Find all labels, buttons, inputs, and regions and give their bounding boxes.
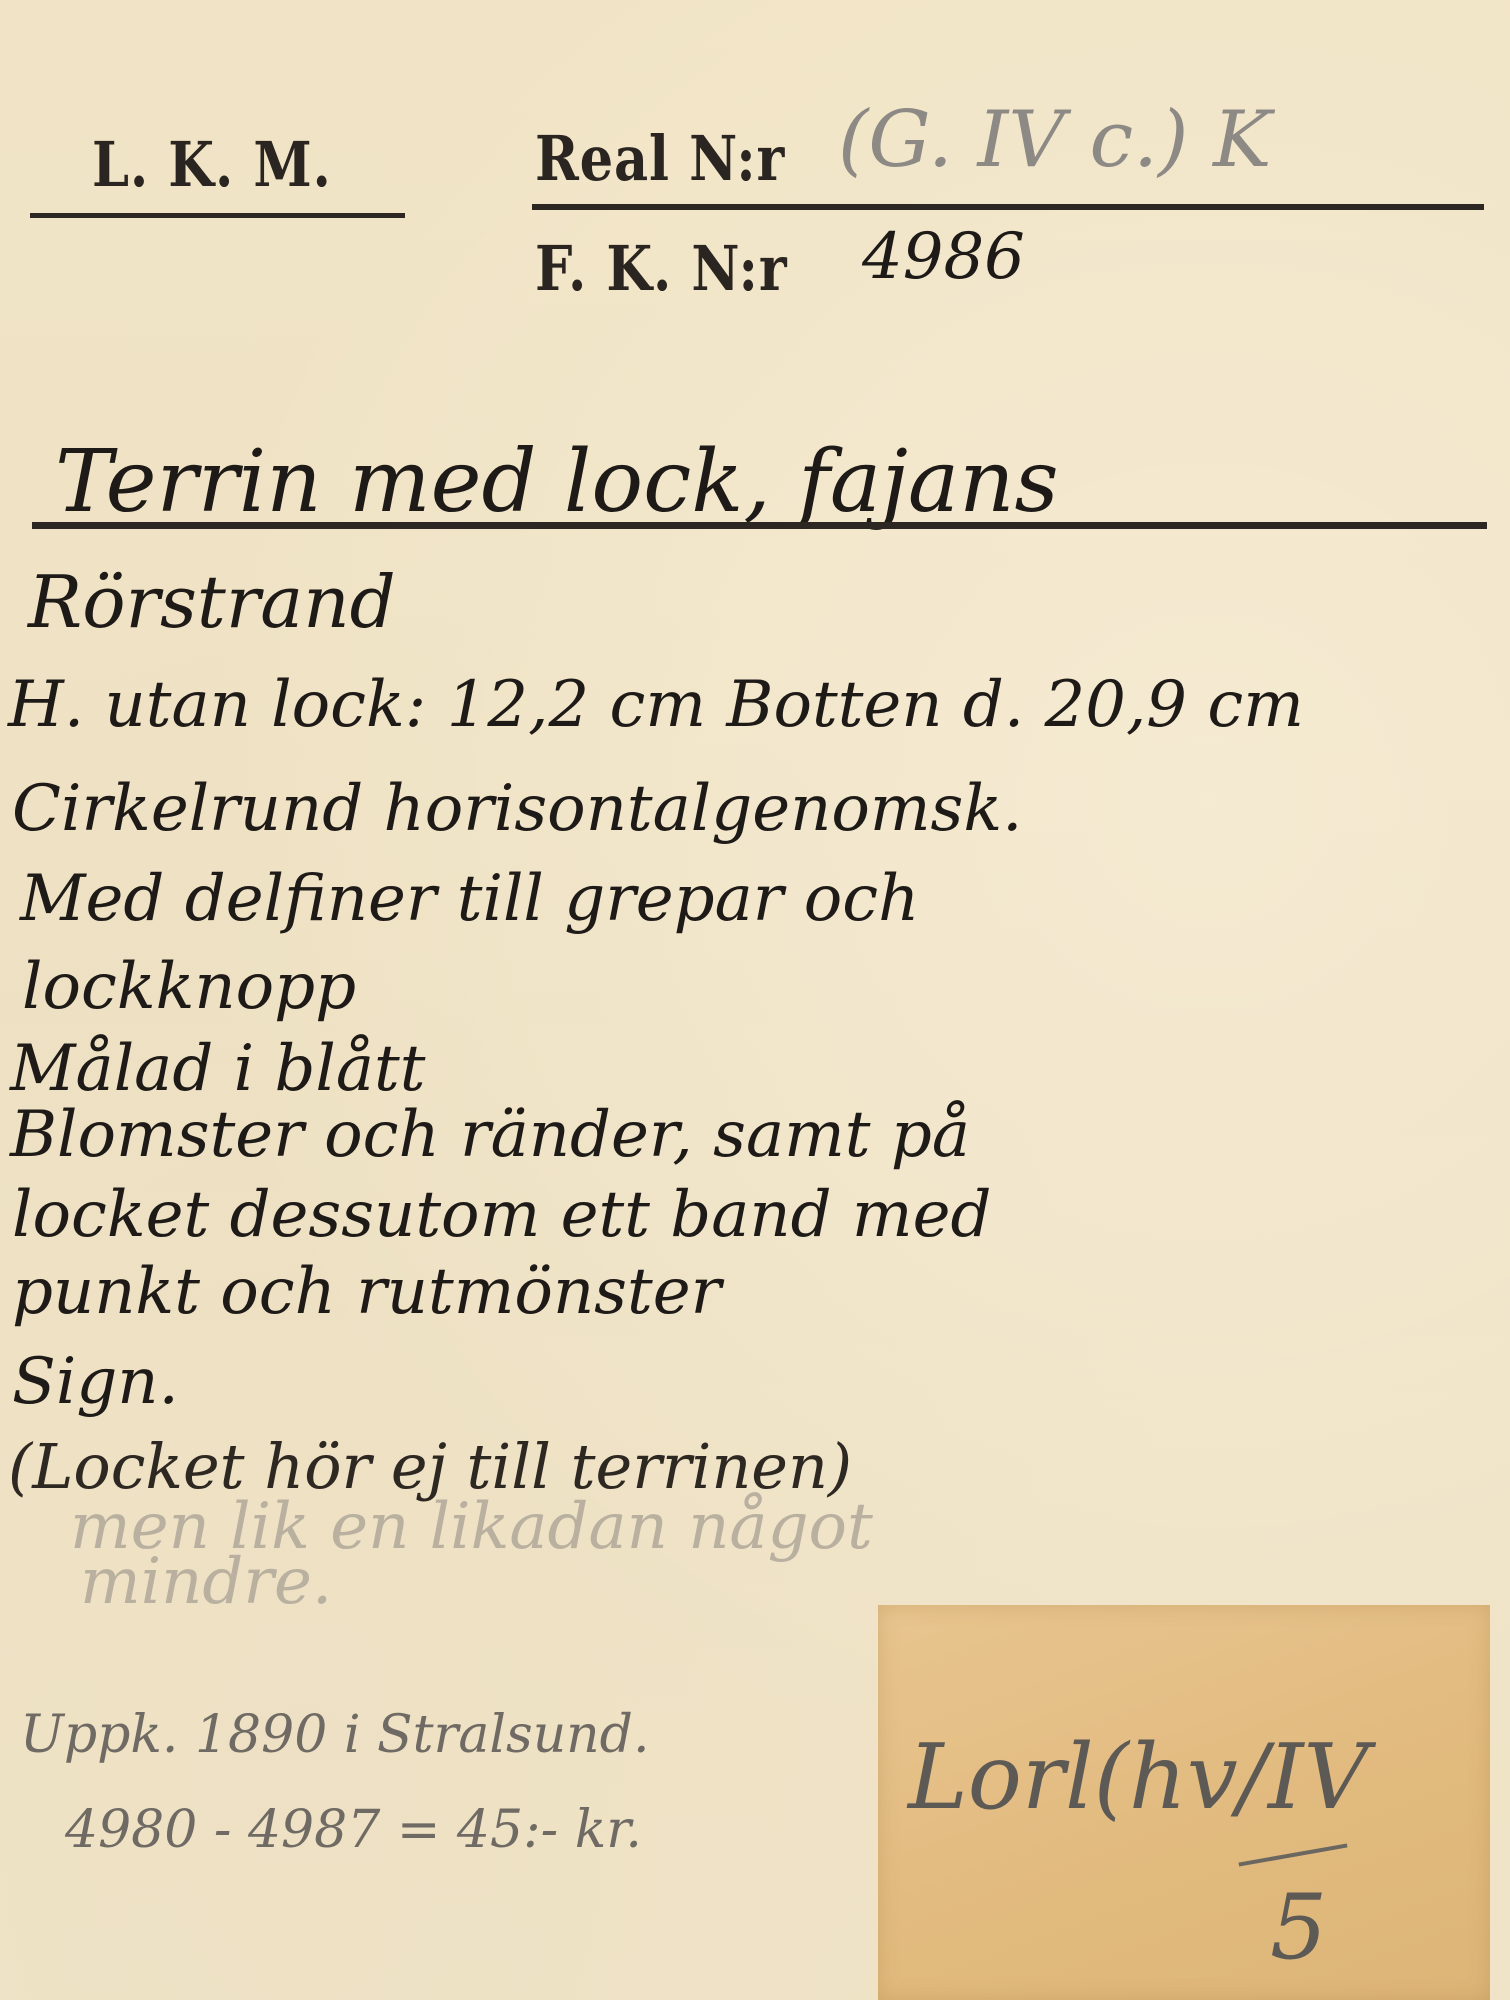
fk-nr-label: F. K. N:r [535, 232, 787, 305]
fk-nr-value: 4986 [862, 220, 1025, 294]
institution-label: L. K. M. [92, 128, 332, 201]
header-rule-right [532, 204, 1484, 210]
label-slip-fraction-bar [1238, 1843, 1347, 1866]
real-nr-value: (G. IV c.) K [838, 95, 1271, 185]
description-line: Rörstrand [28, 560, 396, 644]
title-rule [32, 522, 1487, 529]
description-line: Blomster och ränder, samt på [10, 1098, 970, 1172]
label-slip-text: Lorl(hv/IV [908, 1725, 1369, 1830]
label-slip-number: 5 [1270, 1875, 1327, 1980]
object-title: Terrin med lock, fajans [55, 432, 1059, 532]
description-line: H. utan lock: 12,2 cm Botten d. 20,9 cm [8, 668, 1304, 742]
real-nr-label: Real N:r [535, 122, 785, 195]
description-line: Målad i blått [10, 1032, 425, 1106]
description-line: Sign. [12, 1345, 179, 1419]
acquisition-price-note: 4980 - 4987 = 45:- kr. [65, 1800, 642, 1860]
description-line: Med delfiner till grepar och [20, 862, 919, 936]
description-line: punkt och rutmönster [12, 1255, 721, 1329]
faded-note-line: mindre. [80, 1545, 332, 1619]
description-line: locket dessutom ett band med [12, 1178, 991, 1252]
description-line: lockknopp [22, 950, 356, 1024]
description-line: Cirkelrund horisontalgenomsk. [12, 772, 1023, 846]
pasted-label-slip: Lorl(hv/IV 5 [878, 1605, 1490, 2000]
header-rule-left [30, 213, 405, 218]
acquisition-note: Uppk. 1890 i Stralsund. [20, 1705, 649, 1765]
